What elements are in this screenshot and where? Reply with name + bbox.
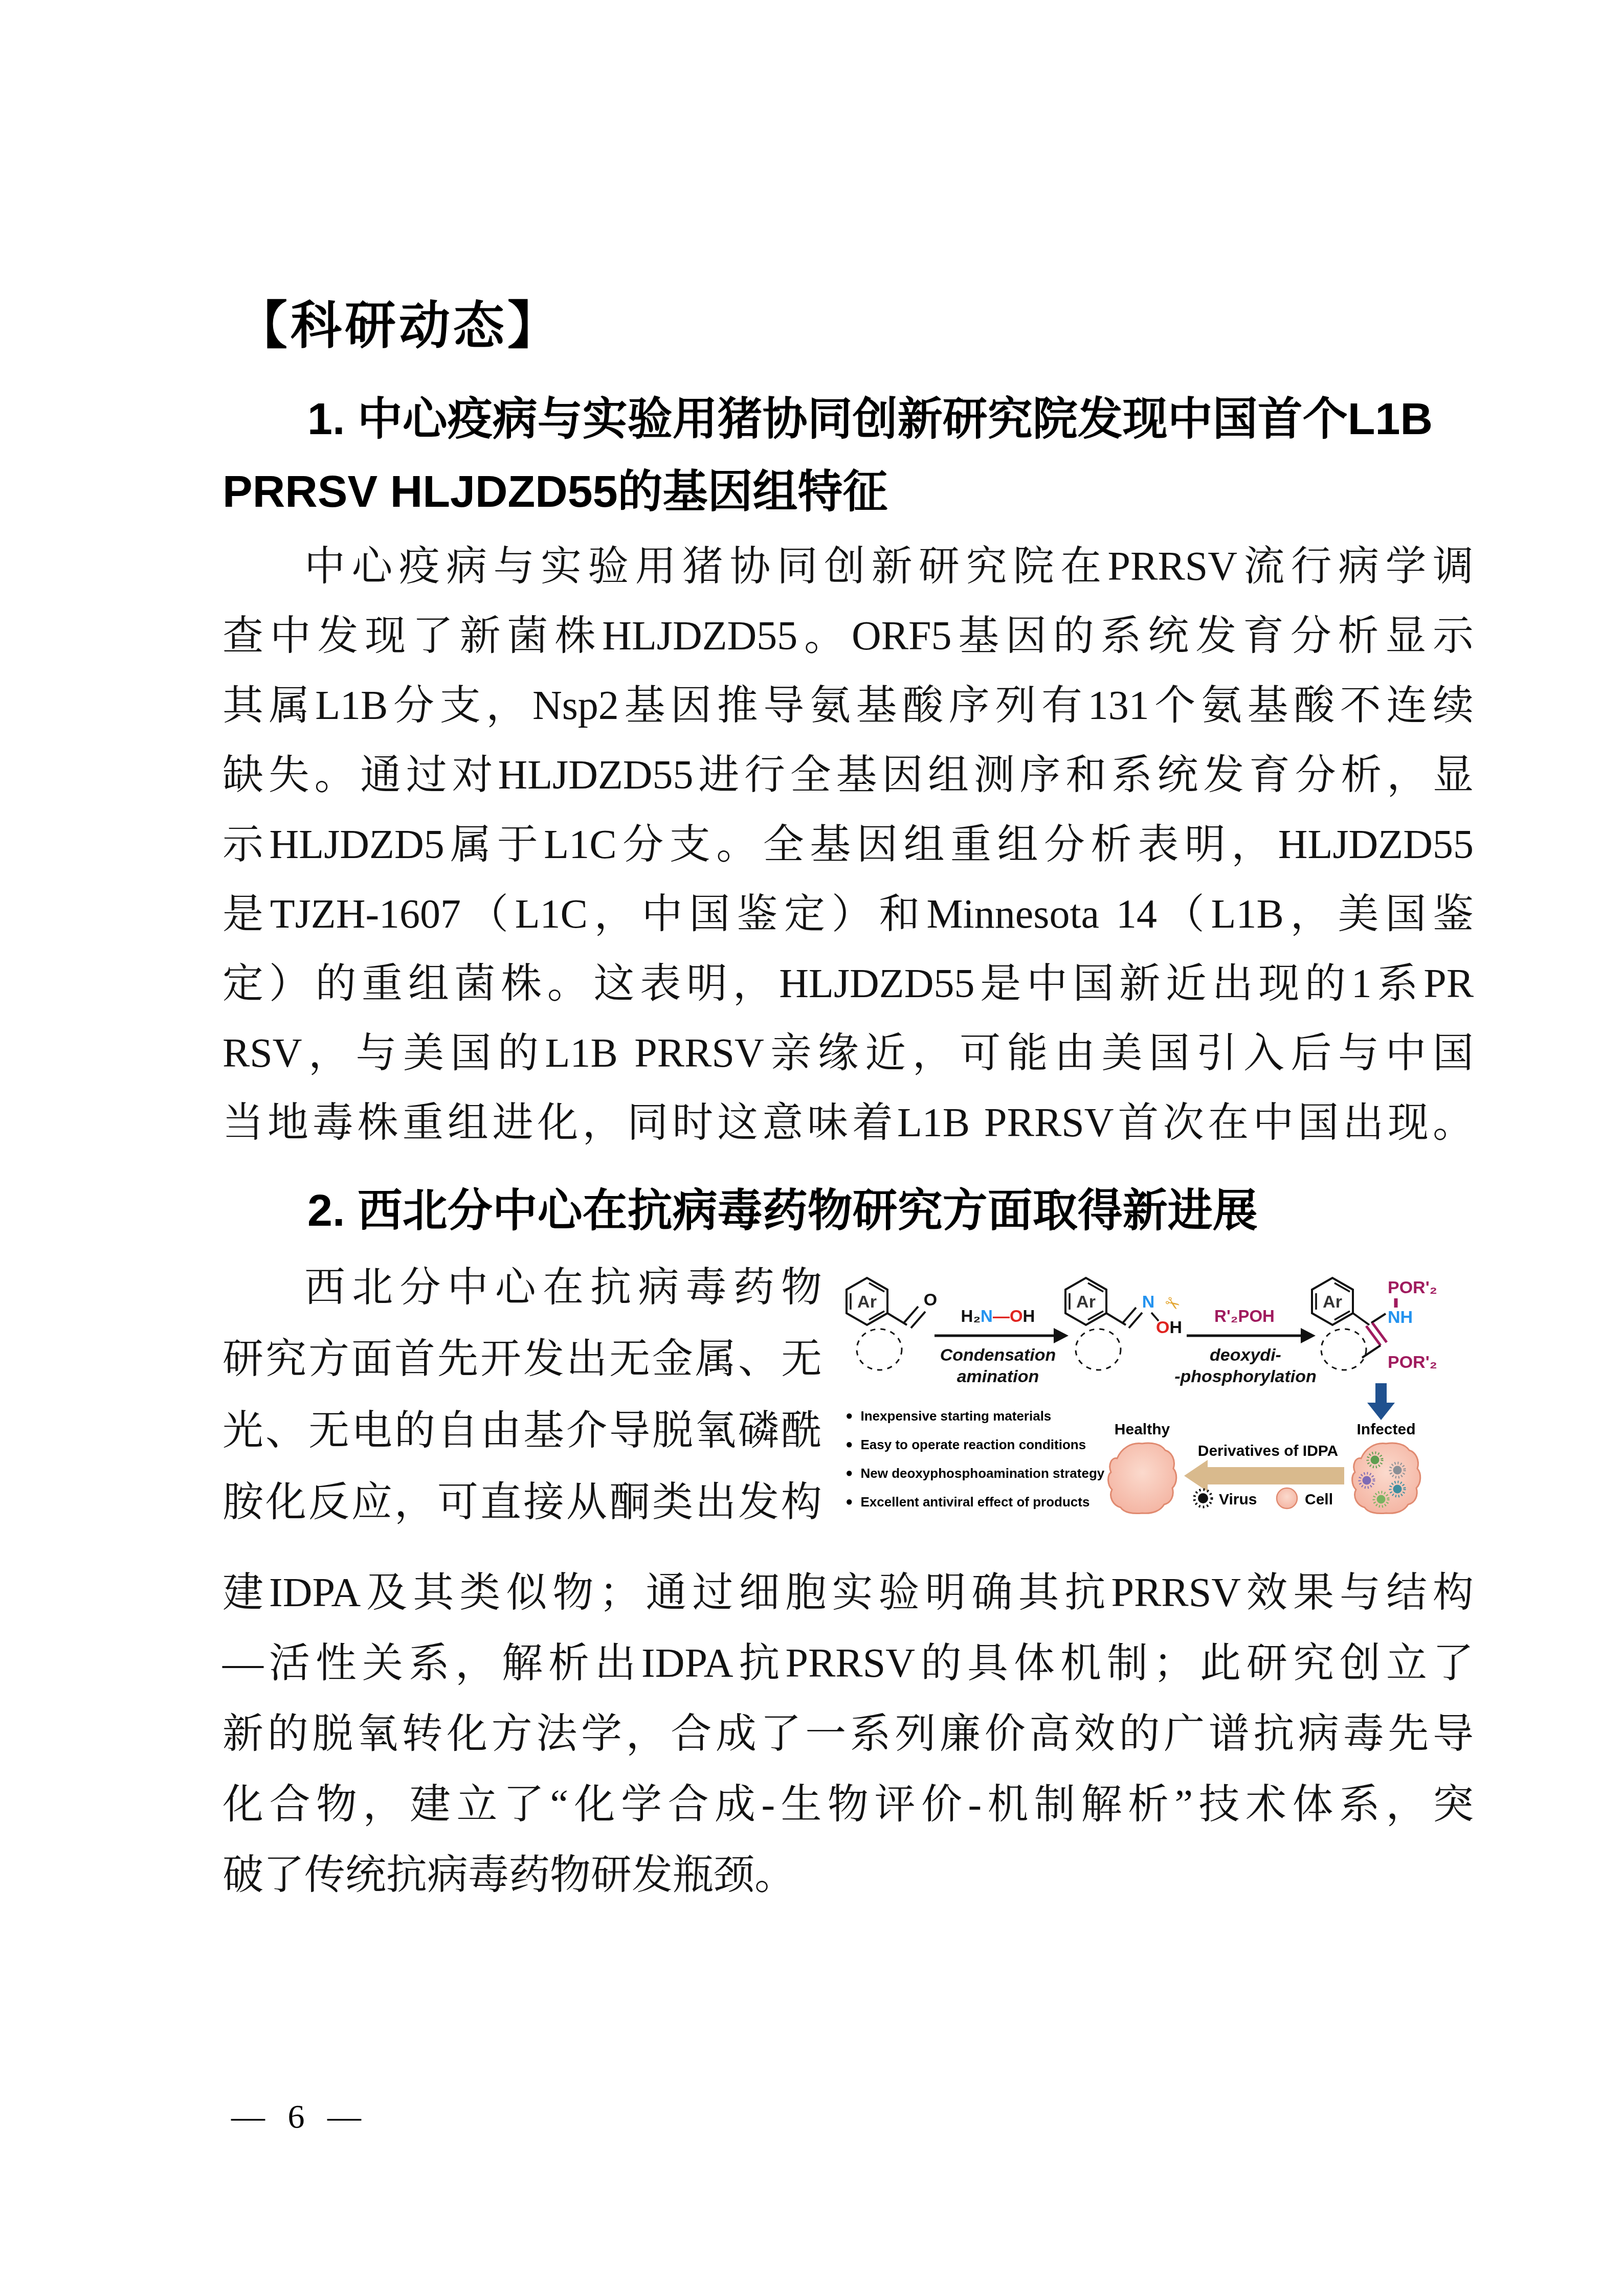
page-header: 【科研动态】	[236, 284, 562, 358]
body-line: 其属L1B分支，Nsp2基因推导氨基酸序列有131个氨基酸不连续	[223, 671, 1474, 740]
bullet-dot-icon: ●	[846, 1438, 853, 1451]
step2-label-line2: -phosphorylation	[1174, 1367, 1317, 1386]
reagent-phosphite: R'₂POH	[1214, 1307, 1275, 1325]
reagent-h: H	[1023, 1307, 1035, 1325]
oxime-oh-label: OH	[1156, 1318, 1182, 1337]
ketone-structure: Ar O	[847, 1278, 937, 1370]
down-arrow-icon	[1367, 1383, 1395, 1420]
figure-bullet-label: Excellent antiviral effect of products	[861, 1494, 1090, 1510]
document-page: 【科研动态】 1. 中心疫病与实验用猪协同创新研究院发现中国首个L1B PRRS…	[0, 0, 1624, 2296]
figure-bullet-label: Easy to operate reaction conditions	[861, 1437, 1086, 1453]
figure-bullet-item: ● Easy to operate reaction conditions	[846, 1430, 1152, 1459]
virus-legend-label: Virus	[1219, 1491, 1257, 1508]
idpa-left-arrow-icon	[1184, 1460, 1344, 1492]
section1-title-line2: PRRSV HLJDZD55的基因组特征	[223, 455, 1474, 528]
bullet-dot-icon: ●	[846, 1496, 853, 1508]
oxime-h: H	[1169, 1318, 1182, 1337]
section1-paragraph: 中心疫病与实验用猪协同创新研究院在PRRSV流行病学调 查中发现了新菌株HLJD…	[223, 532, 1474, 1158]
body-line: 查中发现了新菌株HLJDZD55。ORF5基因的系统发育分析显示	[223, 601, 1474, 671]
reaction-arrow-1: H₂N—OH Condensation amination	[935, 1307, 1069, 1386]
figure-bullet-item: ● Inexpensive starting materials	[846, 1402, 1152, 1430]
body-line: —活性关系，解析出IDPA抗PRRSV的具体机制；此研究创立了	[223, 1628, 1474, 1699]
arrowhead-right-icon	[1054, 1328, 1069, 1343]
bullet-dot-icon: ●	[846, 1410, 853, 1422]
body-line: 西北分中心在抗病毒药物	[223, 1252, 822, 1323]
product-por2-top-label: POR'₂	[1388, 1278, 1437, 1297]
body-line: 缺失。通过对HLJDZD55进行全基因组测序和系统发育分析，显	[223, 740, 1474, 810]
section2-title: 2. 西北分中心在抗病毒药物研究方面取得新进展	[223, 1174, 1474, 1247]
infected-cell-label: Infected	[1356, 1421, 1415, 1438]
figure-bullet-item: ● New deoxyphosphoamination strategy	[846, 1459, 1152, 1488]
body-line: 破了传统抗病毒药物研发瓶颈。	[223, 1840, 1474, 1910]
oxime-o: O	[1156, 1318, 1169, 1337]
cell-legend-label: Cell	[1305, 1491, 1333, 1508]
step1-label-line1: Condensation	[940, 1345, 1056, 1365]
body-line: 当地毒株重组进化，同时这意味着L1B PRRSV首次在中国出现。	[223, 1088, 1474, 1158]
figure-bullet-label: New deoxyphosphoamination strategy	[861, 1466, 1105, 1481]
body-line: 胺化反应，可直接从酮类出发构	[223, 1467, 822, 1538]
figure-bullet-item: ● Excellent antiviral effect of products	[846, 1488, 1152, 1516]
reagent-hydroxylamine: H₂N—OH	[961, 1307, 1035, 1325]
ar-label: Ar	[1076, 1292, 1096, 1312]
body-line: 中心疫病与实验用猪协同创新研究院在PRRSV流行病学调	[223, 532, 1474, 601]
cell-legend-icon	[1277, 1488, 1297, 1509]
section1-title-line1: 1. 中心疫病与实验用猪协同创新研究院发现中国首个L1B	[223, 382, 1474, 455]
product-por2-bottom-label: POR'₂	[1388, 1353, 1437, 1372]
body-line: RSV，与美国的L1B PRRSV亲缘近，可能由美国引入后与中国	[223, 1019, 1474, 1088]
step2-label-line1: deoxydi-	[1210, 1345, 1281, 1365]
idpa-product-structure: Ar POR'₂ NH POR'₂	[1312, 1278, 1437, 1372]
section2-paragraph-wrapped: 西北分中心在抗病毒药物 研究方面首先开发出无金属、无 光、无电的自由基介导脱氧磷…	[223, 1252, 822, 1538]
section1-title: 1. 中心疫病与实验用猪协同创新研究院发现中国首个L1B PRRSV HLJDZ…	[223, 382, 1474, 528]
section2-paragraph-full: 建IDPA及其类似物；通过细胞实验明确其抗PRRSV效果与结构 —活性关系，解析…	[223, 1558, 1474, 1910]
scissors-icon: ✂	[1161, 1292, 1184, 1316]
reagent-bond: —	[993, 1307, 1010, 1325]
reaction-arrow-2: R'₂POH deoxydi- -phosphorylation	[1174, 1307, 1317, 1386]
ar-label: Ar	[1323, 1292, 1342, 1312]
research-figure: Ar O H₂N—OH Condensation amination	[826, 1250, 1588, 1572]
oxime-n-label: N	[1142, 1292, 1155, 1312]
carbonyl-o-label: O	[924, 1290, 937, 1310]
body-line: 研究方面首先开发出无金属、无	[223, 1323, 822, 1395]
body-line: 示HLJDZD5属于L1C分支。全基因组重组分析表明，HLJDZD55	[223, 810, 1474, 880]
body-line: 光、无电的自由基介导脱氧磷酰	[223, 1395, 822, 1467]
body-line: 定）的重组菌株。这表明，HLJDZD55是中国新近出现的1系PR	[223, 949, 1474, 1019]
figure-bullet-list: ● Inexpensive starting materials ● Easy …	[846, 1402, 1152, 1516]
body-line: 新的脱氧转化方法学，合成了一系列廉价高效的广谱抗病毒先导	[223, 1699, 1474, 1769]
step1-label-line2: amination	[957, 1367, 1039, 1386]
arrowhead-right-icon	[1301, 1328, 1316, 1343]
body-line: 是TJZH-1607（L1C，中国鉴定）和Minnesota 14（L1B，美国…	[223, 880, 1474, 949]
body-line: 化合物，建立了“化学合成-生物评价-机制解析”技术体系，突	[223, 1769, 1474, 1840]
ar-label: Ar	[857, 1292, 877, 1312]
idpa-arrow-label: Derivatives of IDPA	[1198, 1443, 1339, 1459]
reagent-n: N	[981, 1307, 993, 1325]
reagent-h2: H₂	[961, 1307, 981, 1325]
figure-bullet-label: Inexpensive starting materials	[861, 1408, 1052, 1424]
virus-legend-icon	[1194, 1490, 1212, 1507]
infected-cell	[1352, 1443, 1420, 1514]
bullet-dot-icon: ●	[846, 1467, 853, 1479]
page-number: — 6 —	[231, 2098, 368, 2136]
oxime-structure: Ar N ✂ OH	[1065, 1278, 1184, 1370]
body-line: 建IDPA及其类似物；通过细胞实验明确其抗PRRSV效果与结构	[223, 1558, 1474, 1628]
reagent-o: O	[1010, 1307, 1023, 1325]
product-nh-label: NH	[1388, 1308, 1413, 1327]
